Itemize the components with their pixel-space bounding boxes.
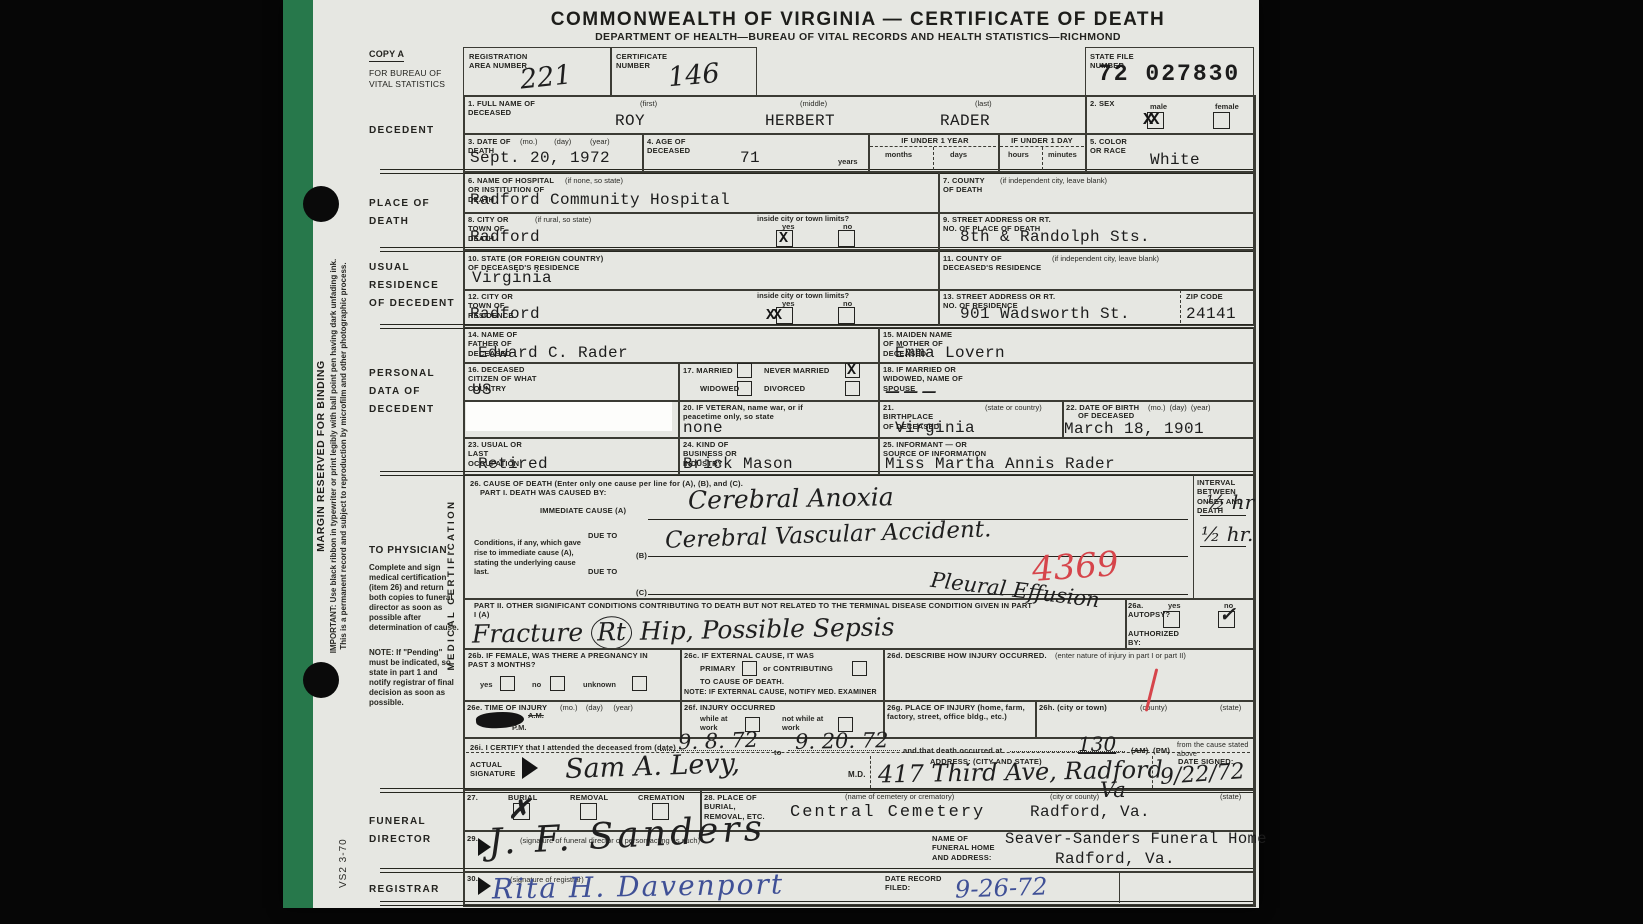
- section-usual-3: OF DECEDENT: [369, 298, 455, 309]
- citizen-value: US: [472, 382, 492, 398]
- field-7-label: 7. COUNTY OF DEATH: [943, 176, 991, 195]
- 26c-contributing-label: or CONTRIBUTING: [763, 664, 833, 673]
- under-1-year-label: IF UNDER 1 YEAR: [880, 136, 990, 145]
- field-21-hint: (state or country): [985, 403, 1042, 412]
- part2-value-1: Fracture: [472, 618, 584, 649]
- registrar-signature: Rita H. Davenport: [492, 870, 785, 903]
- autopsy-yes-checkbox[interactable]: [1163, 611, 1180, 628]
- bureau-label: FOR BUREAU OF VITAL STATISTICS: [369, 68, 461, 89]
- cremation-label: CREMATION: [638, 793, 685, 802]
- never-married-label: NEVER MARRIED: [764, 366, 830, 375]
- death-limits-yes-mark: X: [779, 231, 788, 246]
- 26c-primary-label: PRIMARY: [700, 664, 736, 673]
- section-funeral-1: FUNERAL: [369, 816, 426, 827]
- section-place-of-death-1: PLACE OF: [369, 198, 430, 209]
- field-22-sublabel: OF DECEASED: [1078, 411, 1134, 420]
- field-8-hint: (if rural, so state): [535, 215, 591, 224]
- zip-label: ZIP CODE: [1186, 292, 1223, 301]
- mother-value: Emma Lovern: [895, 345, 1005, 361]
- age-value: 71: [740, 150, 760, 166]
- row30-sep: [1119, 871, 1120, 903]
- ampm-struck-label: (AM): [1131, 746, 1148, 755]
- interval-col-sep: [1193, 474, 1194, 598]
- section-place-of-death-2: DEATH: [369, 216, 409, 227]
- funeral-home-label: NAME OF FUNERAL HOME AND ADDRESS:: [932, 834, 1004, 862]
- md-label: M.D.: [848, 770, 866, 780]
- certificate-title: COMMONWEALTH OF VIRGINIA — CERTIFICATE O…: [463, 10, 1253, 29]
- autopsy-yes-label: yes: [1168, 601, 1181, 610]
- first-hint: (first): [640, 99, 657, 108]
- hours-label: hours: [1008, 150, 1029, 159]
- race-value: White: [1150, 152, 1200, 168]
- margin-permanent-note: This is a permanent record and subject t…: [339, 76, 349, 836]
- zip-value: 24141: [1186, 306, 1236, 322]
- cause-a-value: Cerebral Anoxia: [688, 484, 894, 513]
- physician-signature: Sam A. Levy,: [565, 750, 741, 783]
- field-26d-label: 26d. DESCRIBE HOW INJURY OCCURRED.: [887, 651, 1047, 660]
- field-26c-line1: 26c. IF EXTERNAL CAUSE, IT WAS: [684, 651, 854, 660]
- under-1-day-label: IF UNDER 1 DAY: [1000, 136, 1084, 145]
- field-26f-label: 26f. INJURY OCCURRED: [684, 703, 776, 712]
- part2-value-2: Hip, Possible Sepsis: [640, 612, 895, 645]
- removal-label: REMOVAL: [570, 793, 608, 802]
- cemetery-value: Central Cemetery: [790, 804, 985, 821]
- female-checkbox[interactable]: [1213, 112, 1230, 129]
- father-value: Edward C. Rader: [478, 345, 628, 361]
- pending-note: NOTE: If "Pending" must be indicated, so…: [369, 648, 459, 708]
- margin-rotated-text: MARGIN RESERVED FOR BINDING IMPORTANT: U…: [314, 76, 364, 836]
- copy-label: COPY A: [369, 49, 404, 62]
- death-street-value: 8th & Randolph Sts.: [960, 229, 1150, 245]
- res-limits-no-checkbox[interactable]: [838, 307, 855, 324]
- c-label: (C): [636, 588, 647, 597]
- interval-a-line: [1200, 515, 1246, 516]
- hours-minutes-sep: [1042, 147, 1043, 170]
- female-label: female: [1215, 102, 1239, 111]
- field-3-hints: (mo.) (day) (year): [520, 137, 610, 146]
- to-physician-title: TO PHYSICIAN:: [369, 545, 451, 556]
- to-physician-body: Complete and sign medical certification …: [369, 563, 459, 633]
- due-to-2-label: DUE TO: [588, 567, 617, 576]
- margin-binding-label: MARGIN RESERVED FOR BINDING: [314, 76, 329, 836]
- autopsy-no-mark: ✓: [1219, 604, 1236, 624]
- city-of-death-value: Radford: [470, 229, 540, 245]
- interval-a-value: ½ hr: [1206, 492, 1254, 512]
- death-certificate-page: MARGIN RESERVED FOR BINDING IMPORTANT: U…: [0, 0, 1643, 924]
- sex-label: 2. SEX: [1090, 99, 1115, 108]
- minutes-label: minutes: [1048, 150, 1077, 159]
- residence-street-value: 901 Wadsworth St.: [960, 306, 1130, 322]
- due-to-1-label: DUE TO: [588, 531, 617, 540]
- residence-state-value: Virginia: [472, 270, 552, 286]
- margin-important-note: IMPORTANT: Use black ribbon in typewrite…: [329, 76, 339, 836]
- field-1-label: 1. FULL NAME OF DECEASED: [468, 99, 538, 118]
- hospital-value: Radford Community Hospital: [470, 192, 730, 208]
- birthplace-value: Virginia: [895, 420, 975, 436]
- death-time-value: 130: [1078, 734, 1116, 754]
- field-7-hint: (if independent city, leave blank): [1000, 176, 1107, 185]
- middle-name-value: HERBERT: [765, 113, 835, 129]
- 26c-primary-checkbox[interactable]: [742, 661, 757, 676]
- field-22-hints: (mo.) (day) (year): [1148, 403, 1211, 412]
- funeral-home-name: Seaver-Sanders Funeral Home: [1005, 832, 1267, 848]
- ampm-label: (PM): [1153, 746, 1170, 755]
- registration-area-value: 221: [519, 61, 573, 93]
- informant-value: Miss Martha Annis Rader: [885, 456, 1115, 472]
- field-11-label: 11. COUNTY OF DECEASED'S RESIDENCE: [943, 254, 1043, 273]
- months-days-sep: [933, 147, 934, 170]
- field-30-number: 30.: [467, 874, 478, 883]
- state-file-value: 72 027830: [1098, 63, 1240, 86]
- middle-hint: (middle): [800, 99, 827, 108]
- field-11-hint: (if independent city, leave blank): [1052, 254, 1159, 263]
- field-26h-label: 26h. (city or town): [1039, 703, 1107, 712]
- section-personal-2: DATA OF: [369, 386, 421, 397]
- field-5-label: 5. COLOR OR RACE: [1090, 137, 1132, 156]
- 26b-no-label: no: [532, 680, 541, 689]
- veteran-value: none: [683, 420, 723, 436]
- section-usual-1: USUAL: [369, 262, 410, 273]
- field-26c-line2: TO CAUSE OF DEATH.: [700, 677, 784, 686]
- field-26b-label: 26b. IF FEMALE, WAS THERE A PREGNANCY IN…: [468, 651, 648, 670]
- spouse-value: — — —: [885, 384, 935, 399]
- last-hint: (last): [975, 99, 992, 108]
- date-of-death-value: Sept. 20, 1972: [470, 150, 610, 166]
- zip-sep: [1180, 290, 1181, 323]
- immediate-cause-label: IMMEDIATE CAUSE (A): [540, 506, 626, 515]
- section-registrar: REGISTRAR: [369, 884, 440, 895]
- field-26d-hint: (enter nature of injury in part I or par…: [1055, 651, 1186, 660]
- field-27-number: 27.: [467, 793, 478, 802]
- burial-mark: ✗: [508, 797, 530, 823]
- 26h-state-hint: (state): [1220, 703, 1241, 712]
- certify-to-word: to: [774, 748, 781, 757]
- signature-arrow-icon: [522, 757, 538, 779]
- part2-value-rt-circled: Rt: [591, 616, 632, 650]
- section-personal-3: DECEDENT: [369, 404, 434, 415]
- widowed-checkbox[interactable]: [737, 381, 752, 396]
- field-28-state-hint: (state): [1220, 792, 1241, 801]
- married-label: 17. MARRIED: [683, 366, 733, 375]
- funeral-home-city: Radford, Va.: [1055, 851, 1175, 867]
- divorced-label: DIVORCED: [764, 384, 805, 393]
- residence-city-value: Radford: [470, 306, 540, 322]
- date-filed-value: 9-26-72: [955, 874, 1048, 901]
- b-label: (B): [636, 551, 647, 560]
- part2-value: Fracture Rt Hip, Possible Sepsis: [472, 614, 895, 646]
- certificate-subtitle: DEPARTMENT OF HEALTH—BUREAU OF VITAL REC…: [463, 32, 1253, 43]
- date-signed-value: 9/22/72: [1159, 761, 1245, 789]
- date-signed-sep: [1152, 756, 1153, 788]
- male-label: male: [1150, 102, 1167, 111]
- death-limits-no-checkbox[interactable]: [838, 230, 855, 247]
- 26c-contributing-checkbox[interactable]: [852, 661, 867, 676]
- date-filed-label: DATE RECORD FILED:: [885, 874, 955, 893]
- 26b-unknown-checkbox[interactable]: [632, 676, 647, 691]
- section-funeral-2: DIRECTOR: [369, 834, 431, 845]
- 26e-am-label: A.M.: [528, 711, 544, 720]
- last-name-value: RADER: [940, 113, 990, 129]
- actual-signature-label: ACTUAL SIGNATURE: [470, 760, 514, 779]
- section-personal-1: PERSONAL: [369, 368, 435, 379]
- authorized-by-label: AUTHORIZED BY:: [1128, 629, 1188, 648]
- binding-strip: [283, 0, 313, 908]
- cemetery-city-value: Radford, Va.: [1030, 804, 1150, 820]
- interval-b-value: ½ hr.: [1201, 524, 1253, 544]
- registrar-signature-arrow-icon: [478, 877, 491, 895]
- certificate-number-value: 146: [667, 60, 721, 91]
- occupation-value: Retired: [478, 456, 548, 472]
- field-26e-hints: (mo.) (day) (year): [560, 703, 633, 712]
- field-26c-note: NOTE: IF EXTERNAL CAUSE, NOTIFY MED. EXA…: [684, 689, 884, 698]
- res-limits-label: inside city or town limits?: [757, 291, 849, 300]
- interval-b-line: [1200, 546, 1246, 547]
- 26b-no-checkbox[interactable]: [550, 676, 565, 691]
- section-usual-2: RESIDENCE: [369, 280, 439, 291]
- married-checkbox[interactable]: [737, 363, 752, 378]
- first-name-value: ROY: [615, 113, 645, 129]
- widowed-label: WIDOWED: [700, 384, 739, 393]
- form-code: VS2 3-70: [339, 802, 353, 888]
- field-26g-label: 26g. PLACE OF INJURY (home, farm, factor…: [887, 703, 1027, 722]
- never-married-mark: X: [847, 363, 856, 378]
- age-unit: years: [838, 157, 858, 166]
- res-limits-yes-mark: XX: [766, 308, 780, 323]
- field-28-hint: (name of cemetery or crematory): [845, 792, 954, 801]
- conditions-note: Conditions, if any, which gave rise to i…: [474, 538, 582, 577]
- days-label: days: [950, 150, 967, 159]
- 26b-yes-label: yes: [480, 680, 493, 689]
- field-6-hint: (if none, so state): [565, 176, 623, 185]
- months-label: months: [885, 150, 912, 159]
- 26b-yes-checkbox[interactable]: [500, 676, 515, 691]
- field-28-city-hint: (city or county): [1050, 792, 1099, 801]
- certify-to-value: 9. 20. 72: [795, 730, 889, 753]
- 26e-pm-label: P.M.: [512, 723, 526, 732]
- divorced-checkbox[interactable]: [845, 381, 860, 396]
- redaction-box: [466, 402, 672, 431]
- 26b-unknown-label: unknown: [583, 680, 616, 689]
- certify-mid-label: and that death occurred at: [903, 746, 1002, 755]
- field-29-number: 29.: [467, 834, 478, 843]
- business-value: Brick Mason: [683, 456, 793, 472]
- dob-value: March 18, 1901: [1064, 421, 1204, 437]
- section-decedent: DECEDENT: [369, 125, 434, 136]
- field-4-label: 4. AGE OF DECEASED: [647, 137, 693, 156]
- male-checkbox-mark: XX: [1143, 112, 1155, 129]
- address-sep: [870, 756, 871, 788]
- death-limits-label: inside city or town limits?: [757, 214, 849, 223]
